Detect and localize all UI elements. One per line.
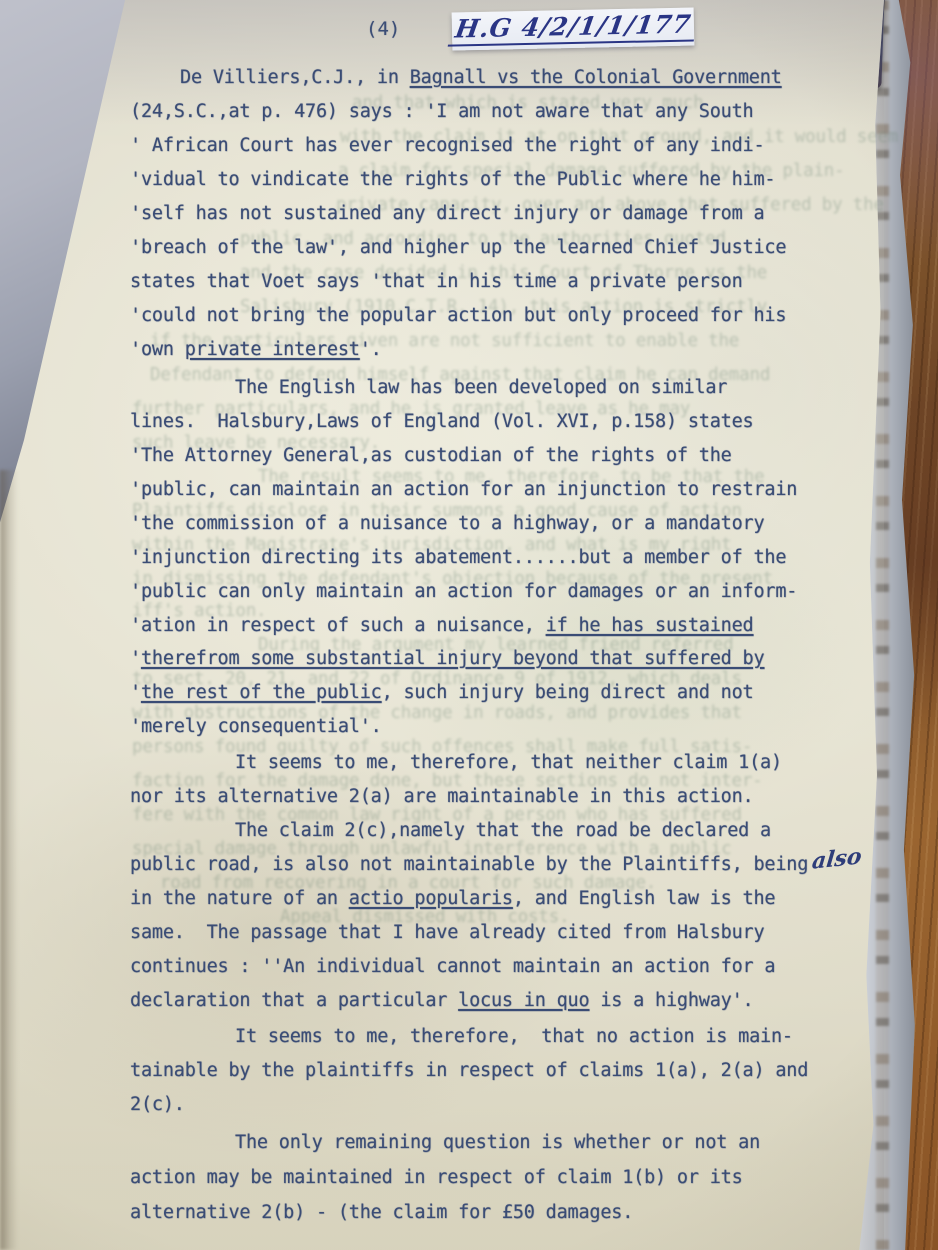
left-page-edge-shadow bbox=[0, 470, 18, 1250]
handwritten-insertion: also bbox=[811, 843, 863, 875]
typewritten-line: 'ation in respect of such a nuisance, if… bbox=[130, 615, 753, 636]
typewritten-line: 'the commission of a nuisance to a highw… bbox=[130, 513, 764, 534]
typewritten-line: in the nature of an actio popularis, and… bbox=[130, 888, 775, 909]
typewritten-line: declaration that a particular locus in q… bbox=[130, 990, 753, 1011]
typewritten-line: It seems to me, therefore, that neither … bbox=[235, 752, 782, 773]
typewritten-line: 'vidual to vindicate the rights of the P… bbox=[130, 169, 775, 190]
typewritten-line: action may be maintained in respect of c… bbox=[130, 1167, 743, 1188]
typewritten-line: 'the rest of the public, such injury bei… bbox=[130, 682, 753, 703]
typewritten-line: public road, is also not maintainable by… bbox=[130, 854, 808, 875]
typewritten-line: The claim 2(c),namely that the road be d… bbox=[235, 820, 771, 841]
typewritten-line: The English law has been developed on si… bbox=[235, 377, 727, 398]
typewritten-line: 2(c). bbox=[130, 1094, 185, 1115]
typewritten-line: 'therefrom some substantial injury beyon… bbox=[130, 648, 764, 669]
typewritten-line: continues : ''An individual cannot maint… bbox=[130, 956, 775, 977]
typewritten-line: 'self has not sustained any direct injur… bbox=[130, 203, 764, 224]
typewritten-line: 'public, can maintain an action for an i… bbox=[130, 479, 797, 500]
typewritten-line: alternative 2(b) - (the claim for £50 da… bbox=[130, 1202, 633, 1223]
typewritten-line: 'breach of the law', and higher up the l… bbox=[130, 237, 786, 258]
reference-label-handwriting: H.G 4/2/1/1/177 bbox=[448, 11, 698, 46]
typewritten-line: It seems to me, therefore, that no actio… bbox=[235, 1026, 793, 1047]
typewritten-line: (24,S.C.,at p. 476) says : 'I am not awa… bbox=[130, 101, 753, 122]
typewritten-line: 'own private interest'. bbox=[130, 339, 382, 360]
typewritten-line: 'could not bring the popular action but … bbox=[130, 305, 786, 326]
archive-document-photo: and that which is stated very muchwith t… bbox=[0, 0, 938, 1250]
typewritten-line: states that Voet says 'that in his time … bbox=[130, 271, 743, 292]
typewritten-line: tainable by the plaintiffs in respect of… bbox=[130, 1060, 808, 1081]
typewritten-line: ' African Court has ever recognised the … bbox=[130, 135, 764, 156]
typewritten-line: same. The passage that I have already ci… bbox=[130, 922, 764, 943]
typewritten-line: lines. Halsbury,Laws of England (Vol. XV… bbox=[130, 411, 753, 432]
reference-label: H.G 4/2/1/1/177 bbox=[452, 7, 695, 50]
typewritten-line: 'merely consequential'. bbox=[130, 716, 382, 737]
typewritten-line: nor its alternative 2(a) are maintainabl… bbox=[130, 786, 753, 807]
binding-stains bbox=[876, 0, 889, 1250]
typewritten-line: The only remaining question is whether o… bbox=[235, 1132, 760, 1153]
page-number: (4) bbox=[366, 18, 400, 40]
typewritten-line: De Villiers,C.J., in Bagnall vs the Colo… bbox=[180, 67, 782, 88]
typewritten-line: 'injunction directing its abatement.....… bbox=[130, 547, 786, 568]
typewritten-line: 'The Attorney General,as custodian of th… bbox=[130, 445, 732, 466]
typewritten-line: 'public can only maintain an action for … bbox=[130, 581, 797, 602]
